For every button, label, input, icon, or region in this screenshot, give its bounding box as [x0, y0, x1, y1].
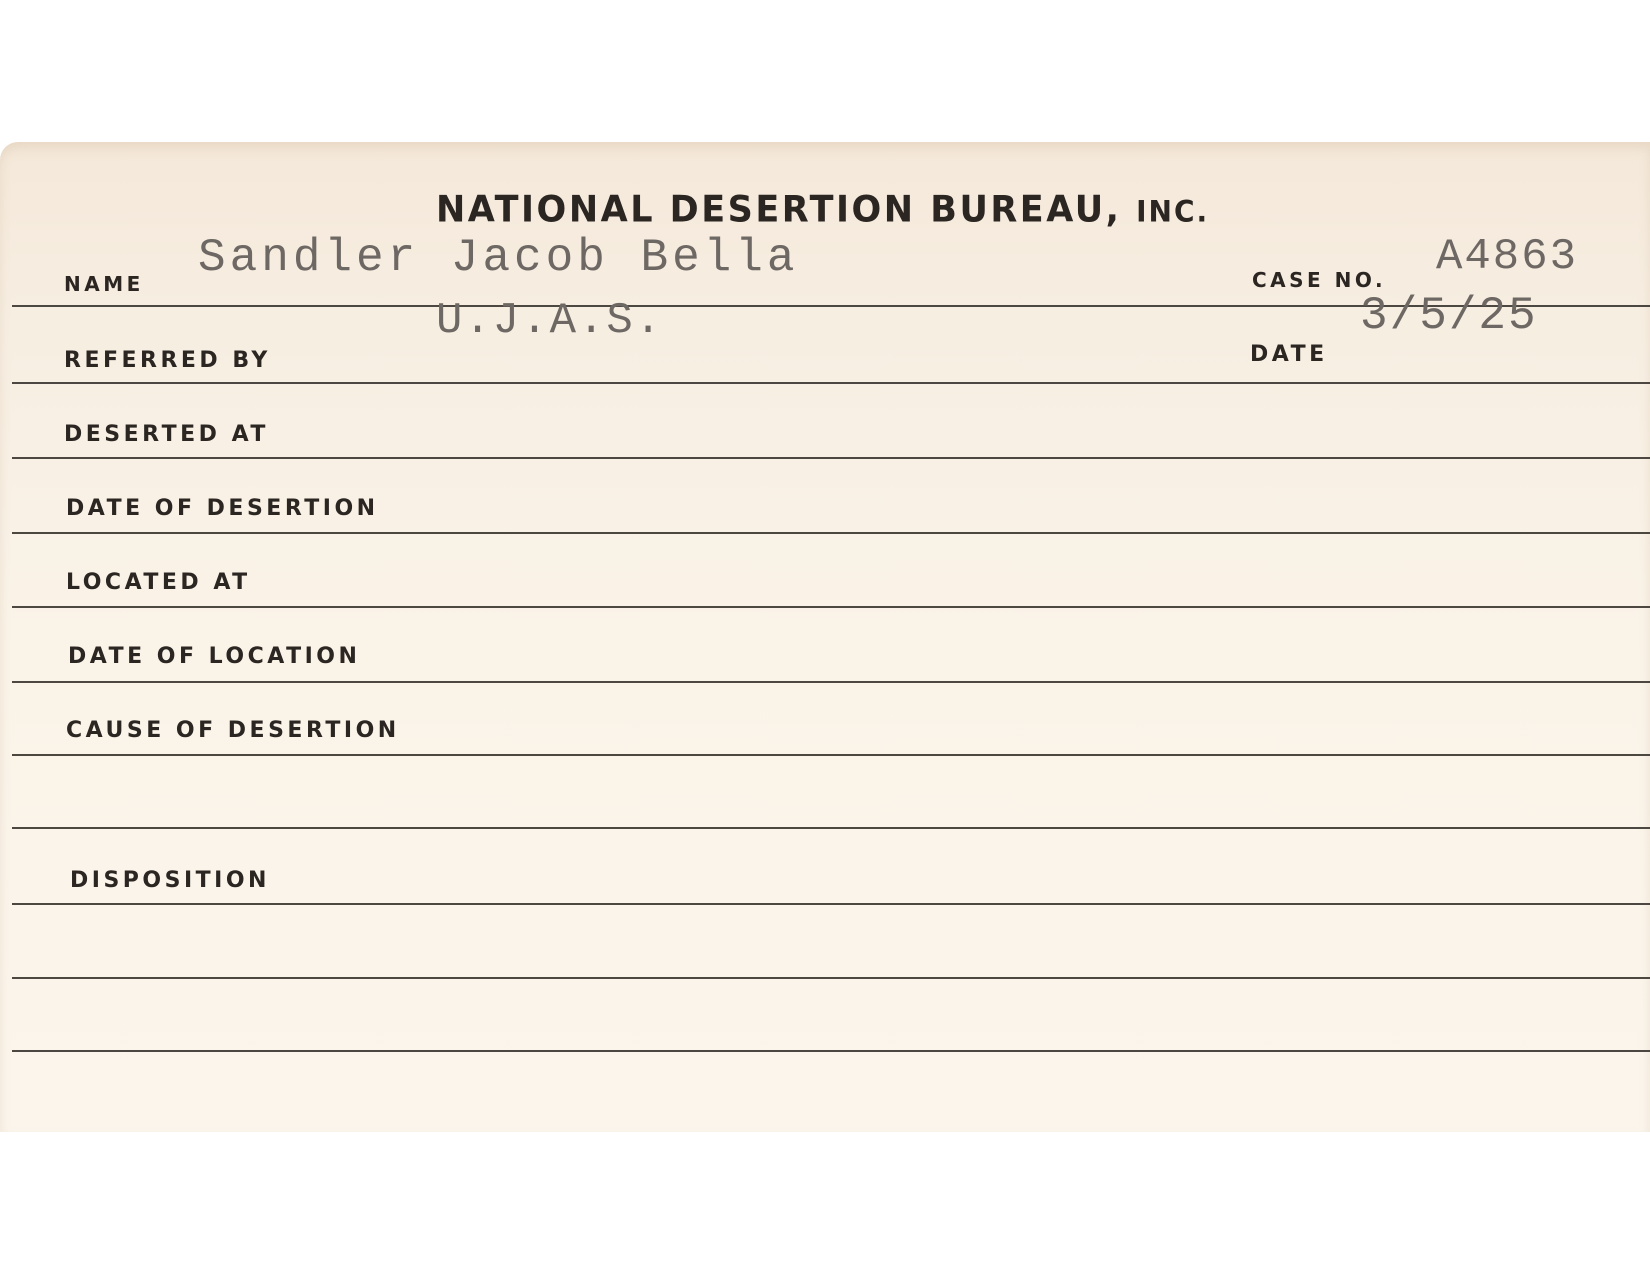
deserted-at-label: DESERTED AT [64, 422, 269, 447]
referred-by-label: REFERRED BY [64, 348, 271, 373]
cause-of-desertion-line [12, 754, 1650, 756]
date-of-location-label: DATE OF LOCATION [68, 644, 360, 669]
located-at-line [12, 606, 1650, 608]
bureau-name: NATIONAL DESERTION BUREAU, [436, 189, 1121, 231]
card-title: NATIONAL DESERTION BUREAU, INC. [436, 189, 1209, 231]
case-no-value: A4863 [1436, 232, 1578, 282]
cause-of-desertion-label: CAUSE OF DESERTION [66, 718, 400, 743]
disposition-label: DISPOSITION [70, 868, 270, 893]
referred-by-line [12, 382, 1650, 384]
disposition-line-3 [12, 1050, 1650, 1052]
cause-of-desertion-line-2 [12, 827, 1650, 829]
date-of-desertion-line [12, 532, 1650, 534]
date-of-location-line [12, 681, 1650, 683]
deserted-at-line [12, 457, 1650, 459]
bureau-suffix: INC. [1136, 194, 1209, 229]
date-label: DATE [1250, 342, 1328, 367]
date-value: 3/5/25 [1360, 290, 1538, 342]
referred-by-value: U.J.A.S. [436, 296, 663, 346]
disposition-line-2 [12, 977, 1650, 979]
located-at-label: LOCATED AT [66, 570, 251, 595]
case-no-label: CASE NO. [1252, 268, 1386, 292]
date-of-desertion-label: DATE OF DESERTION [66, 496, 379, 521]
name-value: Sandler Jacob Bella [198, 232, 799, 284]
name-label: NAME [64, 272, 144, 296]
disposition-line [12, 903, 1650, 905]
